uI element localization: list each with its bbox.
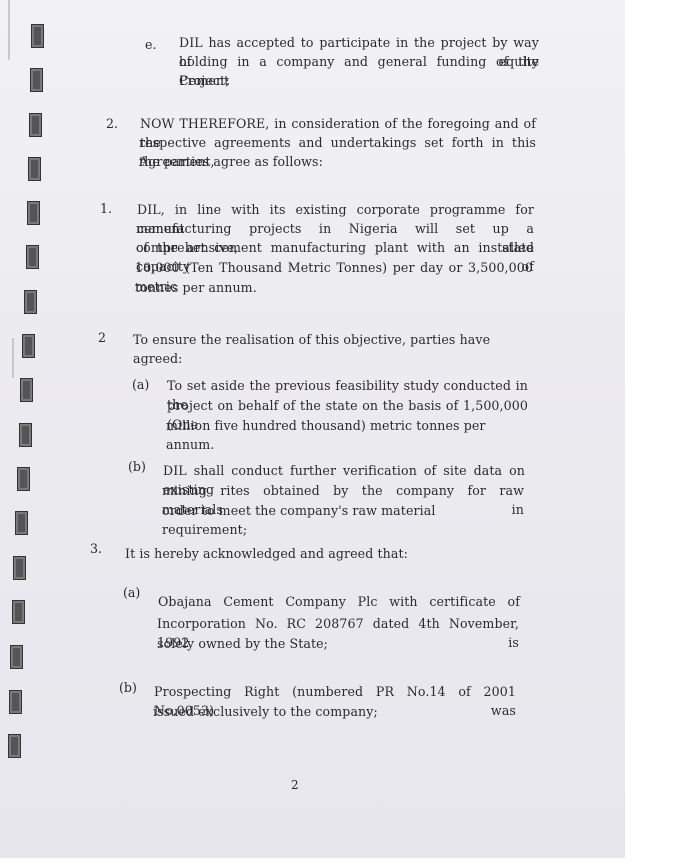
binding-edge bbox=[12, 338, 14, 378]
item-marker: (b) bbox=[119, 680, 137, 695]
paragraph-line: solely owned by the State; bbox=[157, 634, 519, 653]
binding-hole bbox=[9, 690, 22, 714]
paragraph-line: order to meet the company's raw material… bbox=[162, 501, 524, 539]
binding-hole bbox=[15, 511, 28, 535]
binding-hole bbox=[24, 290, 37, 314]
binding-hole bbox=[28, 157, 41, 181]
paragraph-line: million five hundred thousand) metric to… bbox=[166, 416, 527, 454]
binding-hole bbox=[20, 378, 33, 402]
binding-hole bbox=[31, 24, 44, 48]
binding-hole bbox=[13, 556, 26, 580]
binding-hole bbox=[27, 201, 40, 225]
binding-hole bbox=[10, 645, 23, 669]
item-marker: e. bbox=[145, 37, 156, 52]
comb-binding bbox=[0, 0, 60, 858]
binding-hole bbox=[30, 68, 43, 92]
paragraph-line: issued exclusively to the company; bbox=[153, 702, 515, 721]
item-marker: 3. bbox=[90, 541, 102, 556]
paragraph-line: To ensure the realisation of this object… bbox=[133, 330, 533, 368]
binding-hole bbox=[26, 245, 39, 269]
item-marker: (a) bbox=[132, 377, 149, 392]
item-marker: (a) bbox=[123, 585, 140, 600]
binding-hole bbox=[12, 600, 25, 624]
binding-edge bbox=[8, 0, 10, 60]
item-marker: 2. bbox=[106, 116, 118, 131]
paragraph-line: Project; bbox=[179, 71, 539, 90]
paragraph-line: It is hereby acknowledged and agreed tha… bbox=[125, 544, 525, 563]
page-number: 2 bbox=[291, 778, 299, 792]
binding-hole bbox=[22, 334, 35, 358]
binding-hole bbox=[29, 113, 42, 137]
paragraph-line: tonnes per annum. bbox=[135, 278, 533, 297]
item-marker: 1. bbox=[100, 201, 112, 216]
paragraph-line: Obajana Cement Company Plc with certific… bbox=[158, 592, 520, 611]
item-marker: (b) bbox=[128, 459, 146, 474]
document-page: e. DIL has accepted to participate in th… bbox=[0, 0, 625, 858]
binding-hole bbox=[19, 423, 32, 447]
binding-hole bbox=[17, 467, 30, 491]
binding-hole bbox=[8, 734, 21, 758]
item-marker: 2 bbox=[98, 330, 106, 345]
paragraph-line: the parties agree as follows: bbox=[139, 152, 536, 171]
